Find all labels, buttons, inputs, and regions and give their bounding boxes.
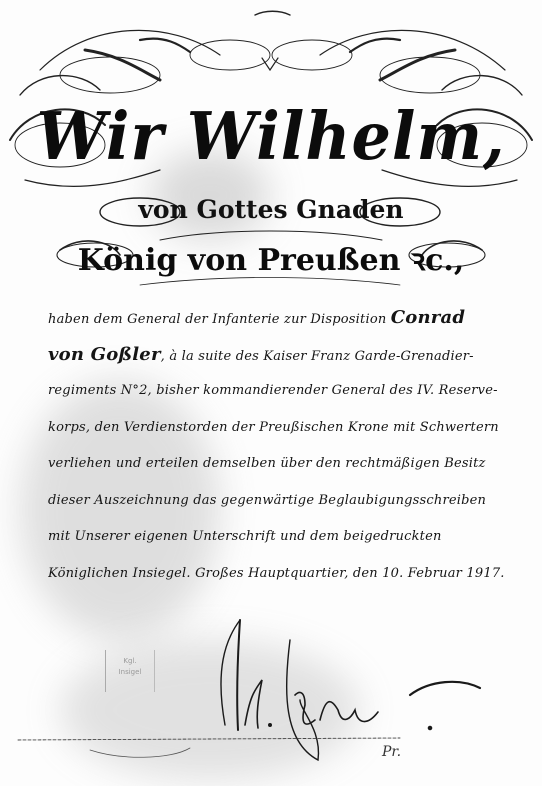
title-subline-grace: von Gottes Gnaden	[0, 195, 542, 224]
title-subline-king: König von Preußen ꝛc.,	[0, 238, 542, 279]
countersignature: Pr.	[382, 744, 401, 760]
body-line: von Goßler, à la suite des Kaiser Franz …	[48, 337, 518, 374]
body-line: dieser Auszeichnung das gegenwärtige Beg…	[48, 483, 518, 520]
recipient-first-name: Conrad	[391, 307, 465, 328]
body-line: Königlichen Insiegel. Großes Hauptquarti…	[48, 556, 518, 593]
certificate-page: Wir Wilhelm, von Gottes Gnaden König von…	[0, 0, 542, 786]
body-line: haben dem General der Infanterie zur Dis…	[48, 300, 518, 337]
body-line: verliehen und erteilen demselben über de…	[48, 446, 518, 483]
body-line: mit Unserer eigenen Unterschrift und dem…	[48, 519, 518, 556]
certificate-body: haben dem General der Infanterie zur Dis…	[48, 300, 518, 592]
body-line: regiments N°2, bisher kommandierender Ge…	[48, 373, 518, 410]
document-title: Wir Wilhelm,	[0, 98, 542, 175]
recipient-surname: von Goßler	[48, 344, 161, 365]
body-line: korps, den Verdienstorden der Preußische…	[48, 410, 518, 447]
